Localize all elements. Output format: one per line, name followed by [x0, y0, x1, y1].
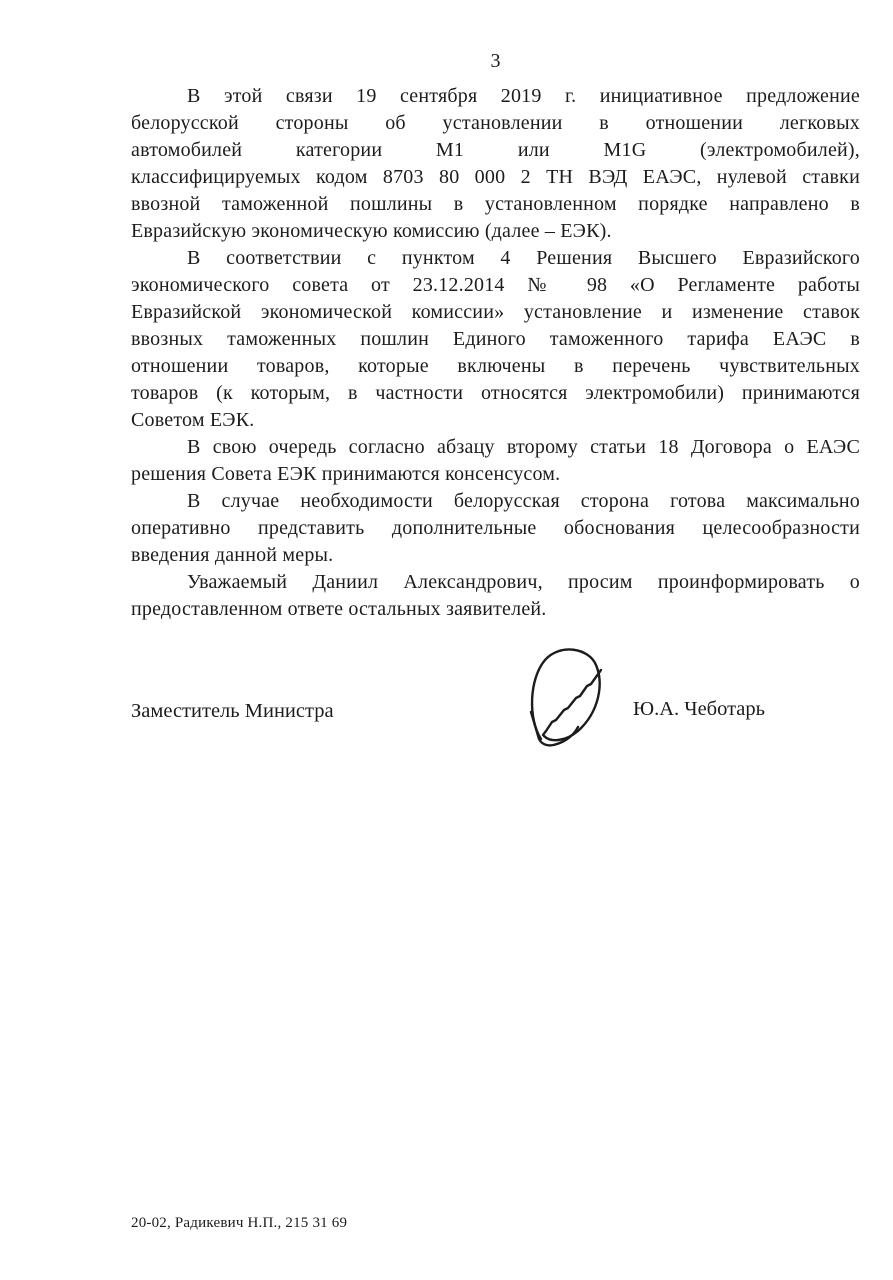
text-line: экономического совета от 23.12.2014 № 98…: [131, 272, 860, 299]
text-line: введения данной меры.: [131, 542, 860, 569]
signer-title: Заместитель Министра: [131, 699, 334, 723]
text-line: классифицируемых кодом 8703 80 000 2 ТН …: [131, 164, 860, 191]
text-line: Советом ЕЭК.: [131, 407, 860, 434]
paragraph: В соответствии с пунктом 4 Решения Высше…: [131, 245, 860, 434]
text-line: В случае необходимости белорусская сторо…: [131, 488, 860, 515]
footer-reference: 20-02, Радикевич Н.П., 215 31 69: [131, 1214, 347, 1232]
signer-name: Ю.А. Чеботарь: [633, 697, 765, 721]
text-line: ввозных таможенных пошлин Единого таможе…: [131, 326, 860, 353]
paragraph: В случае необходимости белорусская сторо…: [131, 488, 860, 569]
text-line: отношении товаров, которые включены в пе…: [131, 353, 860, 380]
paragraph: В свою очередь согласно абзацу второму с…: [131, 434, 860, 488]
text-line: решения Совета ЕЭК принимаются консенсус…: [131, 461, 860, 488]
paragraph: В этой связи 19 сентября 2019 г. инициат…: [131, 83, 860, 245]
text-line: В этой связи 19 сентября 2019 г. инициат…: [131, 83, 860, 110]
handwritten-signature-icon: [505, 643, 617, 749]
text-line: оперативно представить дополнительные об…: [131, 515, 860, 542]
text-line: В соответствии с пунктом 4 Решения Высше…: [131, 245, 860, 272]
text-line: товаров (к которым, в частности относятс…: [131, 380, 860, 407]
text-line: белорусской стороны об установлении в от…: [131, 110, 860, 137]
document-page: 3 В этой связи 19 сентября 2019 г. иници…: [0, 0, 893, 1280]
text-line: Евразийской экономической комиссии» уста…: [131, 299, 860, 326]
page-number: 3: [131, 49, 860, 73]
text-line: В свою очередь согласно абзацу второму с…: [131, 434, 860, 461]
paragraph: Уважаемый Даниил Александрович, просим п…: [131, 569, 860, 623]
text-line: предоставленном ответе остальных заявите…: [131, 596, 860, 623]
letter-body: В этой связи 19 сентября 2019 г. инициат…: [131, 83, 860, 623]
text-line: ввозной таможенной пошлины в установленн…: [131, 191, 860, 218]
text-line: Евразийскую экономическую комиссию (дале…: [131, 218, 860, 245]
text-line: автомобилей категории M1 или M1G (электр…: [131, 137, 860, 164]
text-line: Уважаемый Даниил Александрович, просим п…: [131, 569, 860, 596]
